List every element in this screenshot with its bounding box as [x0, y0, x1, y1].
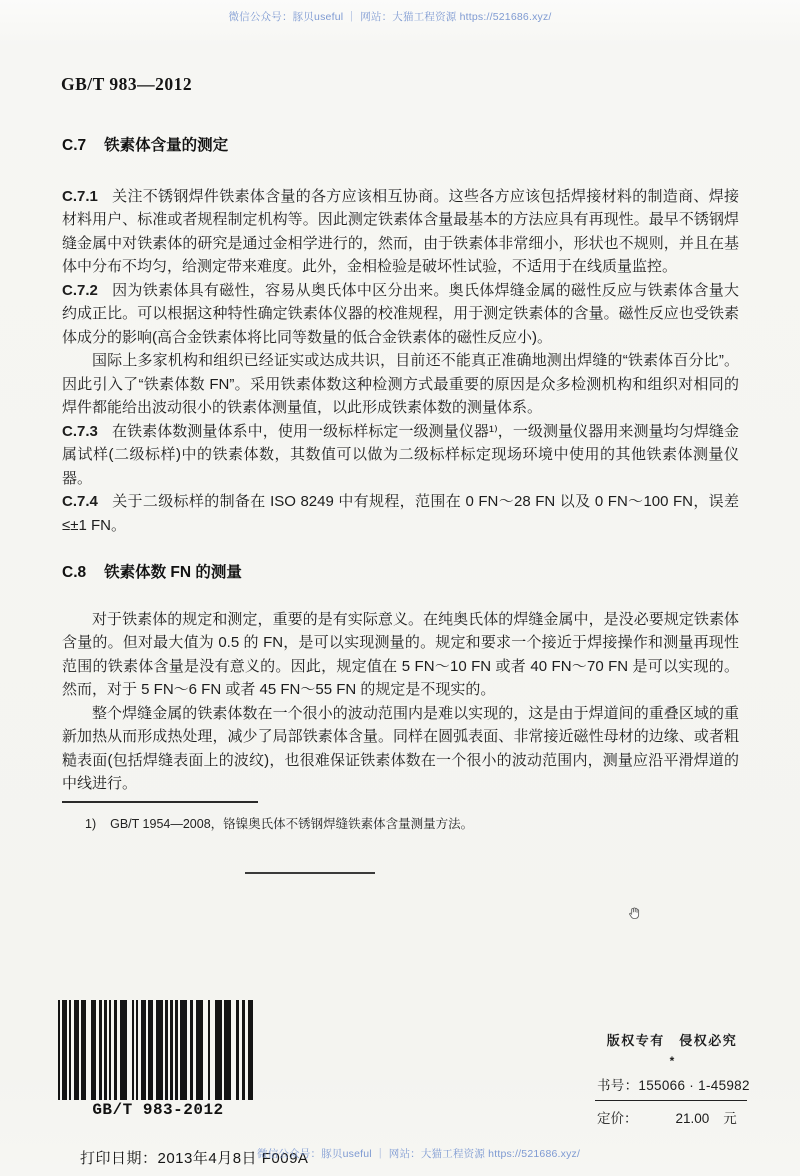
- clause-text: 关注不锈钢焊件铁素体含量的各方应该相互协商。这些各方应该包括焊接材料的制造商、焊…: [62, 188, 739, 276]
- clause-text: 对于铁素体的规定和测定，重要的是有实际意义。在纯奥氏体的焊缝金属中，是没必要规定…: [62, 611, 739, 699]
- clause-number: C.7.4: [62, 493, 98, 510]
- footnote-rule: [62, 801, 258, 803]
- section-title: 铁素体含量的测定: [104, 137, 228, 154]
- section-number: C.7: [62, 137, 86, 154]
- section-number: C.8: [62, 564, 86, 581]
- barcode: [58, 1000, 258, 1100]
- footnote-text: GB/T 1954—2008，铬镍奥氏体不锈钢焊缝铁素体含量测量方法。: [110, 817, 473, 831]
- price-row: 定价： 21.00 元: [597, 1107, 747, 1127]
- section-heading-c7: C.7铁素体含量的测定: [62, 134, 739, 158]
- watermark-bottom: 微信公众号：豚贝useful ｜ 网站：大猫工程资源 https://52168…: [257, 1146, 580, 1161]
- book-number-label: 书号：: [597, 1078, 638, 1093]
- watermark-top: 微信公众号：豚贝useful ｜ 网站：大猫工程资源 https://52168…: [228, 9, 551, 24]
- clause-text: 整个焊缝金属的铁素体数在一个很小的波动范围内是难以实现的，这是由于焊道间的重叠区…: [62, 705, 739, 793]
- footnote-marker: 1): [85, 817, 96, 831]
- price-currency: 元: [723, 1107, 737, 1127]
- clause-number: C.7.1: [62, 188, 98, 205]
- clause-text: 因为铁素体具有磁性，容易从奥氏体中区分出来。奥氏体焊缝金属的磁性反应与铁素体含量…: [62, 282, 739, 346]
- clause-c7-2-continued: 国际上多家机构和组织已经证实或达成共识，目前还不能真正准确地测出焊缝的“铁素体百…: [62, 349, 739, 420]
- clause-number: C.7.2: [62, 282, 98, 299]
- colophon: 版权专有 侵权必究 * 书号：155066 · 1-45982 定价： 21.0…: [597, 1030, 747, 1127]
- colophon-rule: [595, 1100, 747, 1101]
- book-number-value: 155066 · 1-45982: [638, 1078, 749, 1093]
- document-body: C.7铁素体含量的测定 C.7.1关注不锈钢焊件铁素体含量的各方应该相互协商。这…: [62, 134, 739, 796]
- clause-c7-4: C.7.4关于二级标样的制备在 ISO 8249 中有规程，范围在 0 FN～2…: [62, 490, 739, 537]
- clause-c7-2: C.7.2因为铁素体具有磁性，容易从奥氏体中区分出来。奥氏体焊缝金属的磁性反应与…: [62, 279, 739, 350]
- scanned-standard-page: 微信公众号：豚贝useful ｜ 网站：大猫工程资源 https://52168…: [0, 0, 800, 1176]
- clause-text: 在铁素体数测量体系中，使用一级标样标定一级测量仪器¹⁾，一级测量仪器用来测量均匀…: [62, 423, 739, 487]
- section-heading-c8: C.8铁素体数 FN 的测量: [62, 561, 739, 585]
- standard-number: GB/T 983—2012: [61, 74, 192, 95]
- clause-text: 关于二级标样的制备在 ISO 8249 中有规程，范围在 0 FN～28 FN …: [62, 493, 739, 534]
- copyright-notice: 版权专有 侵权必究: [597, 1030, 747, 1049]
- scan-artifact-line: [245, 872, 375, 874]
- hand-cursor-icon: [627, 906, 642, 922]
- star-separator: *: [597, 1054, 747, 1068]
- footnote: 1)GB/T 1954—2008，铬镍奥氏体不锈钢焊缝铁素体含量测量方法。: [85, 815, 645, 833]
- barcode-block: GB/T 983-2012: [58, 1000, 258, 1119]
- clause-text: 国际上多家机构和组织已经证实或达成共识，目前还不能真正准确地测出焊缝的“铁素体百…: [62, 352, 739, 416]
- clause-c7-3: C.7.3在铁素体数测量体系中，使用一级标样标定一级测量仪器¹⁾，一级测量仪器用…: [62, 420, 739, 491]
- barcode-label: GB/T 983-2012: [58, 1101, 258, 1119]
- paragraph-c8-1: 对于铁素体的规定和测定，重要的是有实际意义。在纯奥氏体的焊缝金属中，是没必要规定…: [62, 608, 739, 702]
- section-title: 铁素体数 FN 的测量: [104, 564, 242, 581]
- paragraph-c8-2: 整个焊缝金属的铁素体数在一个很小的波动范围内是难以实现的，这是由于焊道间的重叠区…: [62, 702, 739, 796]
- clause-number: C.7.3: [62, 423, 98, 440]
- price-label: 定价：: [597, 1107, 638, 1127]
- clause-c7-1: C.7.1关注不锈钢焊件铁素体含量的各方应该相互协商。这些各方应该包括焊接材料的…: [62, 185, 739, 279]
- book-number: 书号：155066 · 1-45982: [597, 1074, 747, 1094]
- price-value: 21.00: [676, 1111, 710, 1126]
